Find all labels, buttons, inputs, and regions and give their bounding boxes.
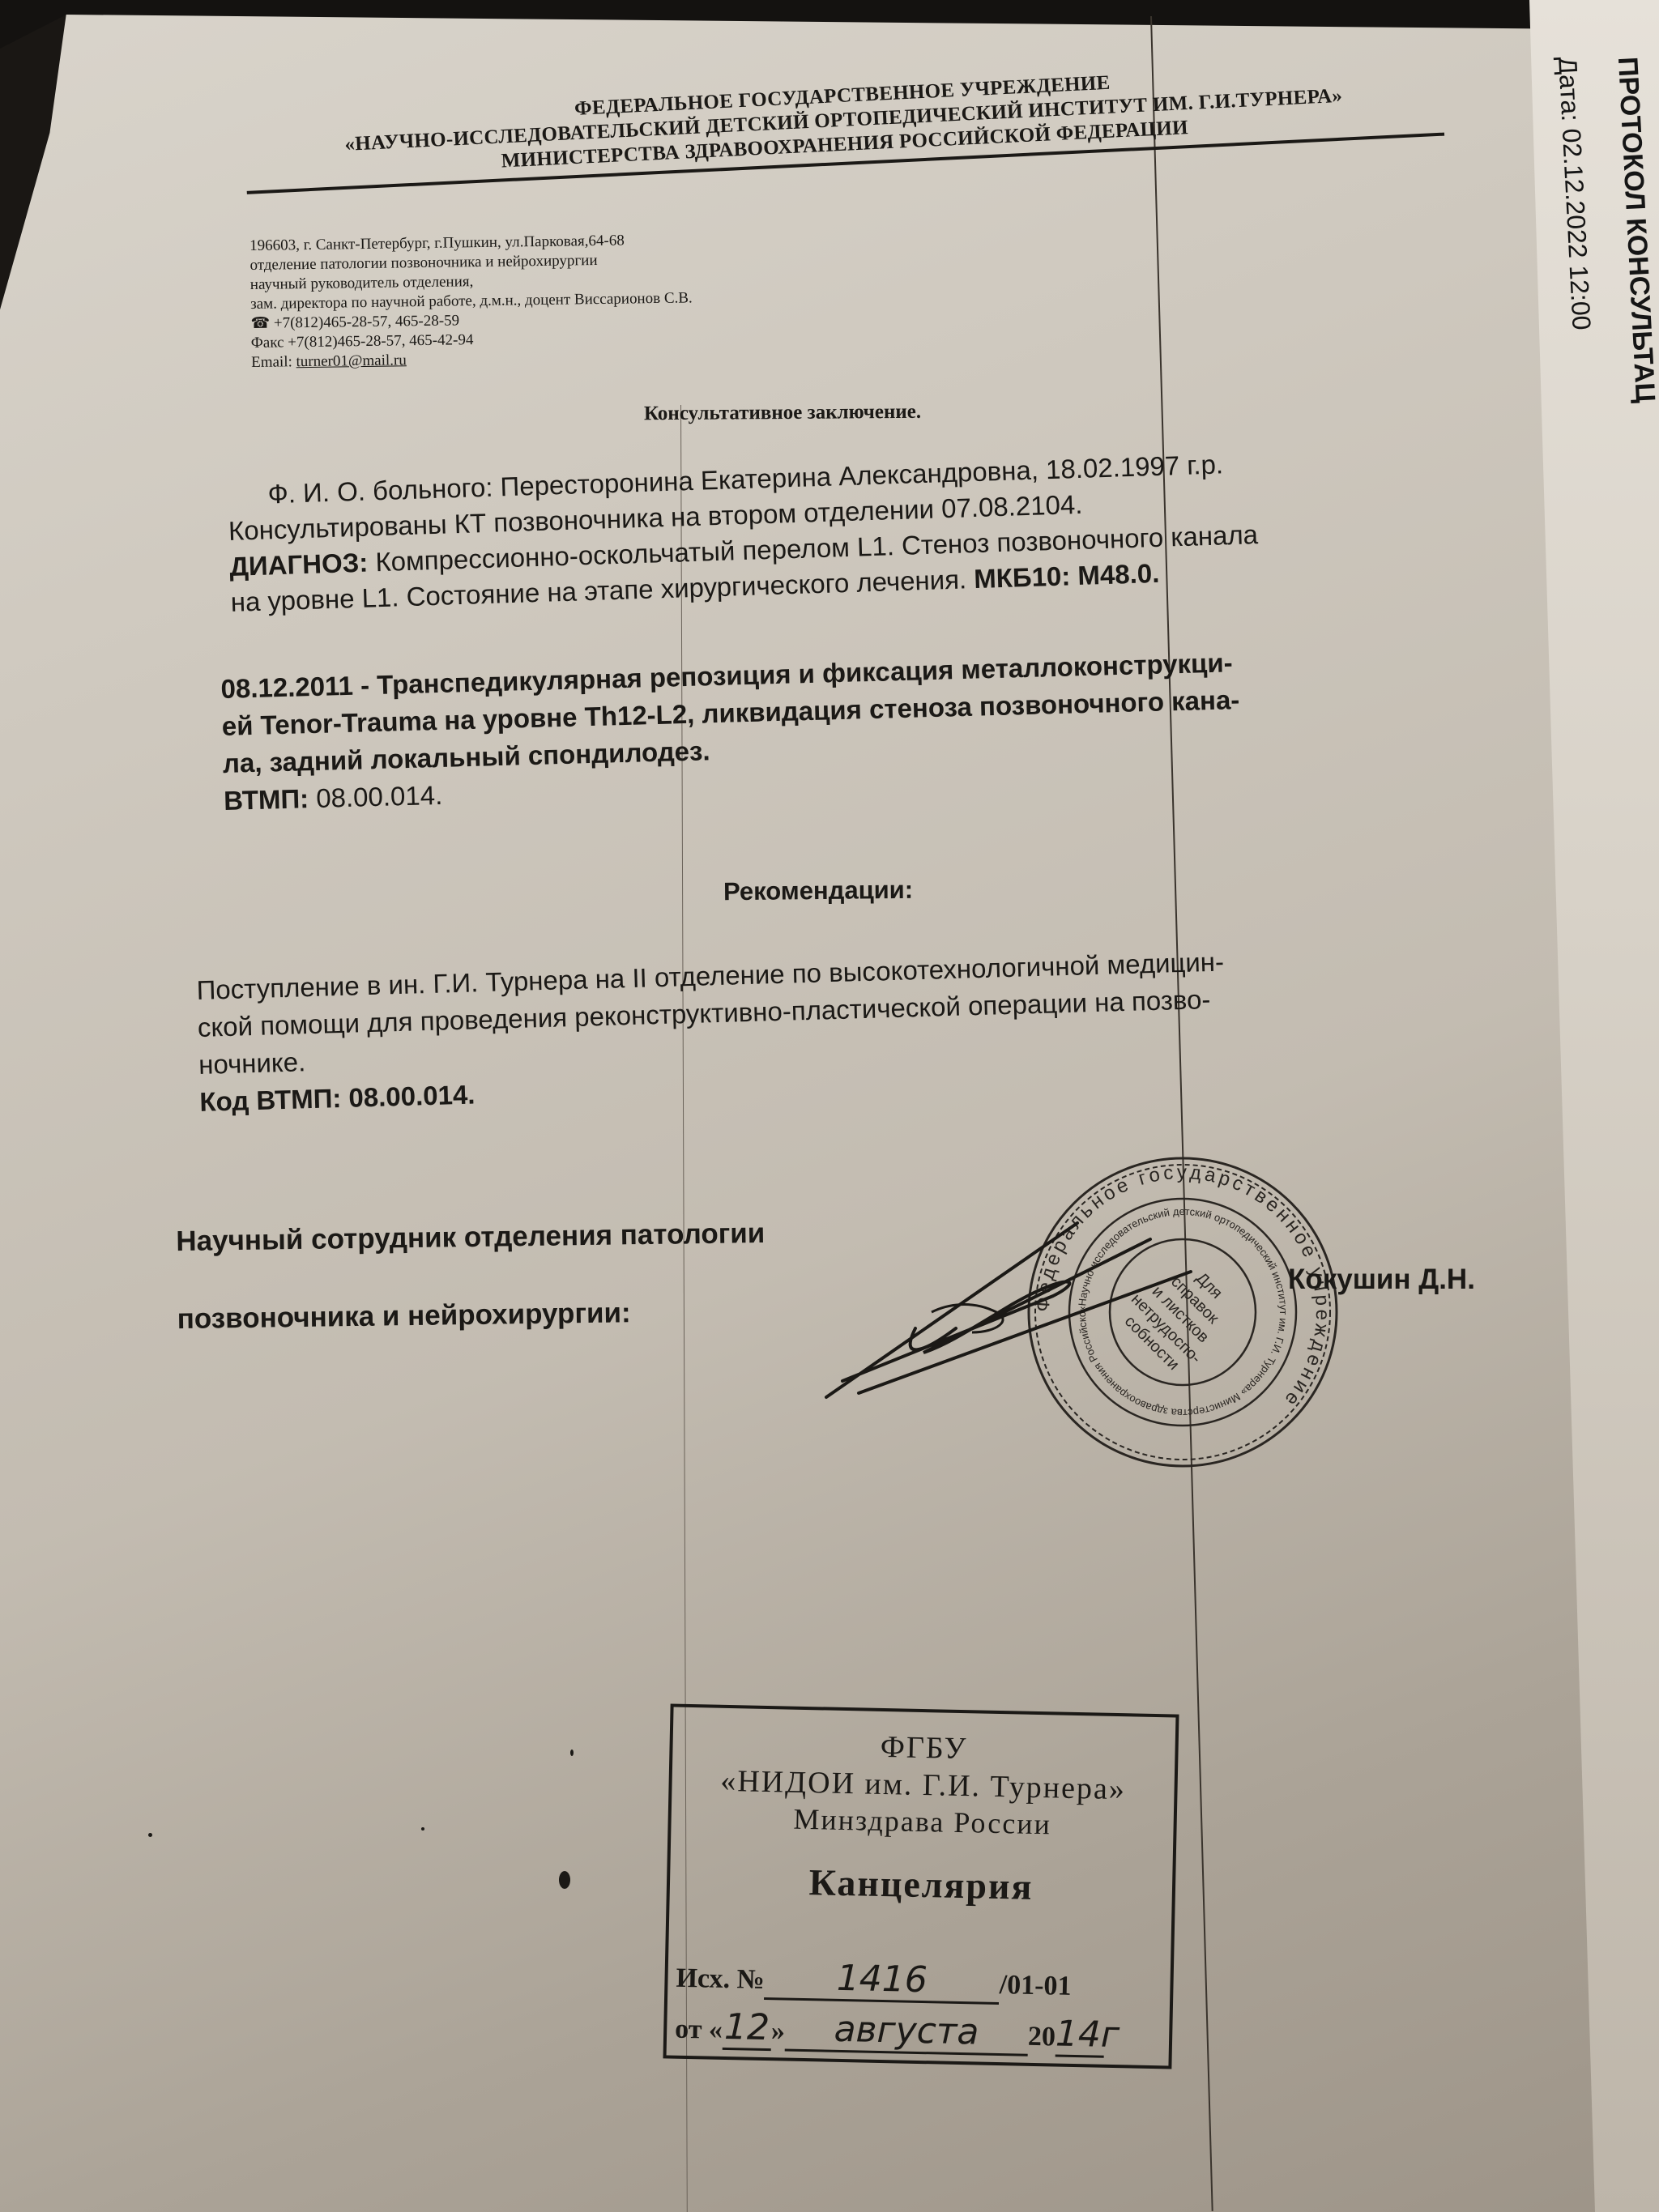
ink-speck (559, 1871, 570, 1889)
vtmp-value: 08.00.014. (309, 780, 443, 813)
date-prefix: от « (675, 2014, 723, 2045)
telephone-icon: ☎ (250, 315, 270, 332)
email-label: Email: (251, 353, 296, 371)
phone-numbers: +7(812)465-28-57, 465-28-59 (274, 312, 459, 331)
signer-position-line: позвоночника и нейрохирургии: (177, 1272, 766, 1358)
signer-position: Научный сотрудник отделения патологии по… (176, 1195, 767, 1358)
date-row: от «12»августа2014г (675, 2005, 1162, 2060)
document-title: Консультативное заключение. (644, 401, 921, 425)
ink-speck (570, 1750, 574, 1756)
email-link[interactable]: turner01@mail.ru (296, 352, 406, 370)
outgoing-number: 1416 (764, 1956, 1000, 2005)
outgoing-label: Исх. № (676, 1963, 765, 1995)
outgoing-number-row: Исх. №1416/01-01 (676, 1954, 1162, 2009)
stamp-office: Канцелярия (670, 1858, 1173, 1912)
ink-speck (148, 1833, 152, 1837)
recommendations-title: Рекомендации: (723, 876, 913, 906)
signer-position-line: Научный сотрудник отделения патологии (176, 1195, 766, 1281)
recommendations-section: Поступление в ин. Г.И. Турнера на II отд… (196, 944, 1227, 1121)
address-block: 196603, г. Санкт-Петербург, г.Пушкин, ул… (249, 230, 693, 373)
date-month: августа (784, 2008, 1028, 2056)
date-mid: » (771, 2016, 786, 2046)
vtmp-label: ВТМП: (224, 783, 309, 816)
outgoing-suffix: /01-01 (999, 1970, 1072, 2001)
date-day: 12 (722, 2006, 771, 2051)
handwritten-signature (810, 1191, 1199, 1409)
diagnosis-label: ДИАГНОЗ: (229, 548, 369, 582)
registry-stamp: ФГБУ «НИДОИ им. Г.И. Турнера» Минздрава … (663, 1703, 1179, 2069)
signer-name: Кокушин Д.Н. (1288, 1264, 1475, 1296)
date-year-prefix: 20 (1028, 2022, 1056, 2052)
icd-code: МКБ10: М48.0. (974, 558, 1160, 594)
date-year: 14г (1055, 2014, 1104, 2058)
surgery-section: 08.12.2011 - Транспедикулярная репозиция… (220, 644, 1242, 820)
ink-speck (421, 1827, 424, 1831)
